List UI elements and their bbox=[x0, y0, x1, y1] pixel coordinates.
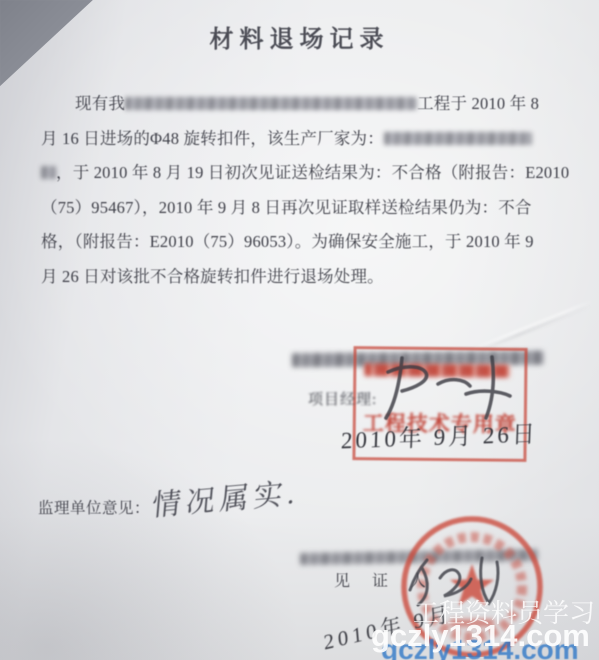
watermark-line2-white: gczly1314.com bbox=[371, 618, 590, 654]
redacted-manufacturer-tail bbox=[41, 166, 56, 179]
seal-date-handwriting: 2010年 9月 26日 bbox=[340, 416, 538, 456]
body-line-6: 月 26 日对该批不合格旋转扣件进行退场处理。 bbox=[41, 260, 581, 295]
body-line-6-text: 月 26 日对该批不合格旋转扣件进行退场处理。 bbox=[41, 267, 384, 286]
body-line-3-text: ，于 2010 年 8 月 19 日初次见证送检结果为：不合格（附报告：E201… bbox=[56, 163, 569, 182]
body-line-4: （75）95467），2010 年 9 月 8 日再次见证取样送检结果仍为：不合 bbox=[41, 191, 581, 226]
body-line-4-text: （75）95467），2010 年 9 月 8 日再次见证取样送检结果仍为：不合 bbox=[41, 198, 532, 217]
redacted-project-name bbox=[125, 97, 417, 110]
underlying-sheet-edge bbox=[470, 300, 593, 352]
supervision-opinion-handwriting: 情况属实. bbox=[150, 470, 301, 524]
body-line-1-pre: 现有我 bbox=[75, 94, 125, 113]
project-manager-signature bbox=[372, 352, 522, 422]
project-manager-label: 项目经理: bbox=[308, 388, 377, 409]
body-line-2: 月 16 日进场的Φ48 旋转扣件，该生产厂家为： bbox=[41, 122, 581, 157]
supervision-opinion-label: 监理单位意见： bbox=[38, 496, 150, 518]
body-line-5: 格，（附报告：E2010（75）96053）。为确保安全施工，于 2010 年 … bbox=[41, 225, 581, 260]
redacted-manufacturer-name bbox=[384, 132, 532, 145]
page-title: 材料退场记录 bbox=[0, 19, 599, 54]
body-line-1-post: 工程于 2010 年 8 bbox=[417, 94, 539, 113]
body-line-2-text: 月 16 日进场的Φ48 旋转扣件，该生产厂家为： bbox=[41, 129, 384, 148]
document-photo: 材料退场记录 现有我工程于 2010 年 8 月 16 日进场的Φ48 旋转扣件… bbox=[0, 0, 599, 660]
body-line-1: 现有我工程于 2010 年 8 bbox=[41, 87, 581, 122]
body-line-3: ，于 2010 年 8 月 19 日初次见证送检结果为：不合格（附报告：E201… bbox=[41, 156, 581, 191]
body-paragraph: 现有我工程于 2010 年 8 月 16 日进场的Φ48 旋转扣件，该生产厂家为… bbox=[41, 87, 581, 295]
body-line-5-text: 格，（附报告：E2010（75）96053）。为确保安全施工，于 2010 年 … bbox=[41, 232, 534, 251]
